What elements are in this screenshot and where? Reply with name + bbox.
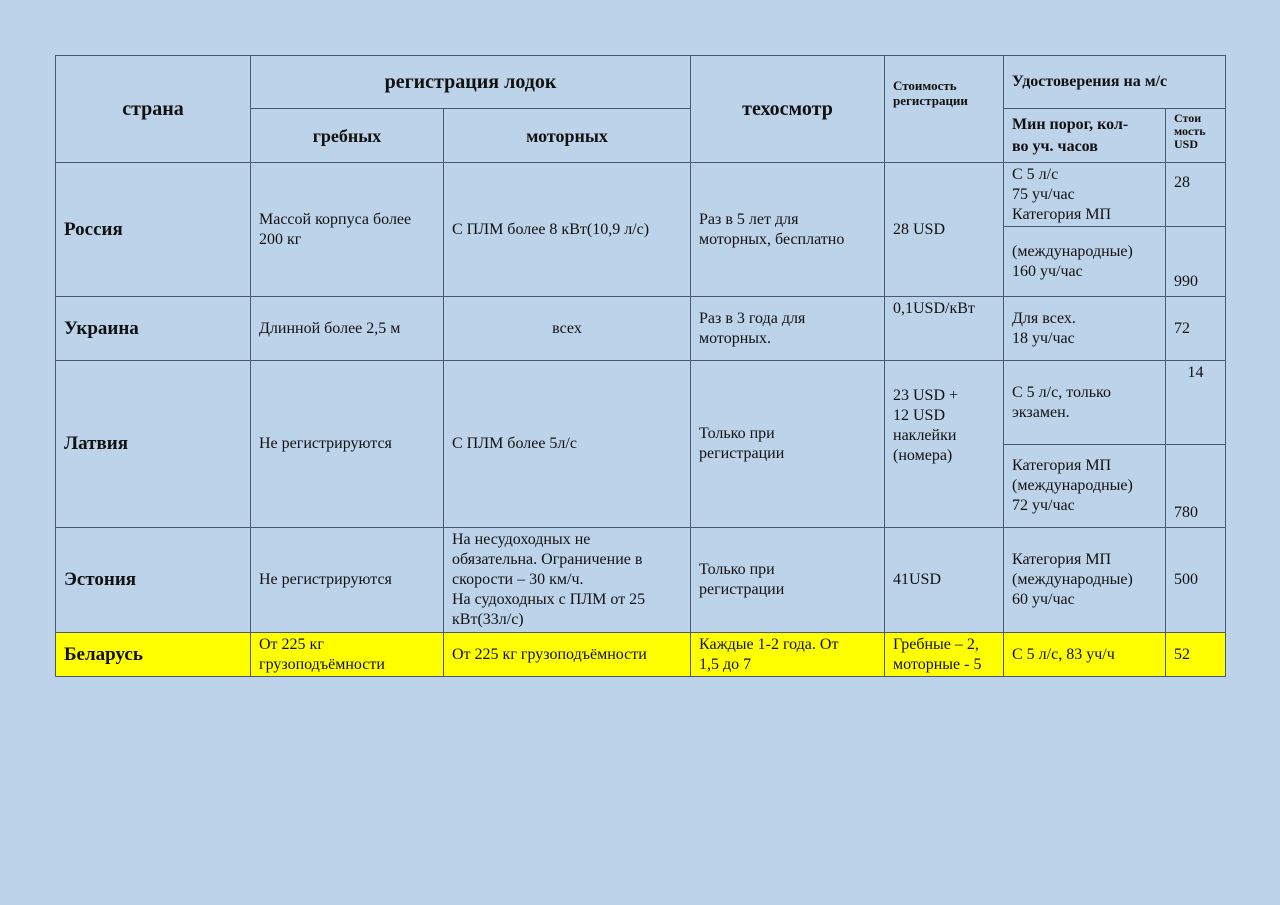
header-motor: моторных (443, 108, 691, 163)
row-ukraine-license-1-cost: 72 (1165, 296, 1226, 361)
row-ukraine-reg-cost: 0,1USD/кВт (884, 296, 1004, 361)
row-belarus-inspection: Каждые 1-2 года. От 1,5 до 7 (690, 632, 885, 677)
row-estonia-inspection: Только при регистрации (690, 527, 885, 633)
row-ukraine-country: Украина (55, 296, 251, 361)
row-latvia-reg-cost: 23 USD + 12 USD наклейки (номера) (884, 360, 1004, 528)
row-russia-license-2: (международные) 160 уч/час (1003, 226, 1166, 297)
row-ukraine-rowing: Длинной более 2,5 м (250, 296, 444, 361)
row-estonia-reg-cost: 41USD (884, 527, 1004, 633)
row-belarus-license-1-cost: 52 (1165, 632, 1226, 677)
row-latvia-license-1-cost: 14 (1165, 360, 1226, 445)
row-russia-license-2-cost: 990 (1165, 226, 1226, 297)
row-latvia-country: Латвия (55, 360, 251, 528)
header-country: страна (55, 55, 251, 163)
row-russia-license-1-cost: 28 (1165, 162, 1226, 227)
row-latvia-rowing: Не регистрируются (250, 360, 444, 528)
row-estonia-country: Эстония (55, 527, 251, 633)
comparison-table: страна регистрация лодок гребных моторны… (0, 0, 1280, 905)
header-rowing: гребных (250, 108, 444, 163)
header-licenses: Удостоверения на м/с (1003, 55, 1226, 109)
row-russia-country: Россия (55, 162, 251, 297)
row-russia-motor: С ПЛМ более 8 кВт(10,9 л/с) (443, 162, 691, 297)
row-latvia-license-2: Категория МП (международные) 72 уч/час (1003, 444, 1166, 528)
row-estonia-rowing: Не регистрируются (250, 527, 444, 633)
row-ukraine-license-1: Для всех. 18 уч/час (1003, 296, 1166, 361)
row-ukraine-inspection: Раз в 3 года для моторных. (690, 296, 885, 361)
row-latvia-motor: С ПЛМ более 5л/с (443, 360, 691, 528)
row-russia-rowing: Массой корпуса более 200 кг (250, 162, 444, 297)
row-russia-reg-cost: 28 USD (884, 162, 1004, 297)
row-estonia-license-1-cost: 500 (1165, 527, 1226, 633)
row-belarus-reg-cost: Гребные – 2, моторные - 5 (884, 632, 1004, 677)
row-belarus-license-1: С 5 л/с, 83 уч/ч (1003, 632, 1166, 677)
row-belarus-motor: От 225 кг грузоподъёмности (443, 632, 691, 677)
row-estonia-motor: На несудоходных не обязательна. Ограниче… (443, 527, 691, 633)
row-russia-license-1: С 5 л/с 75 уч/час Категория МП (1003, 162, 1166, 227)
header-registration: регистрация лодок (250, 55, 691, 109)
row-latvia-license-1: С 5 л/с, только экзамен. (1003, 360, 1166, 445)
header-cost-usd: Стои мость USD (1165, 108, 1226, 163)
row-belarus-rowing: От 225 кг грузоподъёмности (250, 632, 444, 677)
row-latvia-inspection: Только при регистрации (690, 360, 885, 528)
row-estonia-license-1: Категория МП (международные) 60 уч/час (1003, 527, 1166, 633)
header-inspection: техосмотр (690, 55, 885, 163)
row-ukraine-motor: всех (443, 296, 691, 361)
row-russia-inspection: Раз в 5 лет для моторных, бесплатно (690, 162, 885, 297)
row-latvia-license-2-cost: 780 (1165, 444, 1226, 528)
row-belarus-country: Беларусь (55, 632, 251, 677)
header-reg-cost: Стоимость регистрации (884, 55, 1004, 163)
header-min-threshold: Мин порог, кол- во уч. часов (1003, 108, 1166, 163)
